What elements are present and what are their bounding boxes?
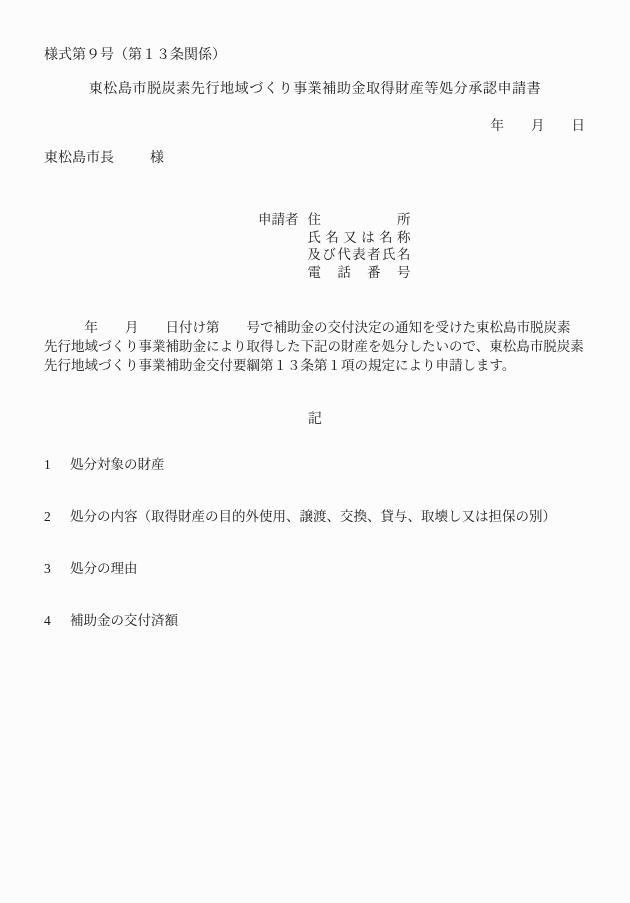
applicant-label: 申請者: [258, 211, 299, 229]
item-4-number: 4: [44, 612, 70, 630]
applicant-field-name: 氏名又は名称: [308, 229, 411, 247]
item-2-label: 処分の内容（取得財産の目的外使用、譲渡、交換、貸与、取壊し又は担保の別）: [70, 508, 556, 526]
ki-section-marker: 記: [0, 411, 630, 429]
body-line-3: 先行地域づくり事業補助金交付要綱第１３条第１項の規定により申請します。: [44, 356, 584, 375]
item-2-number: 2: [44, 508, 70, 526]
body-line-2: 先行地域づくり事業補助金により取得した下記の財産を処分したいので、東松島市脱炭素: [44, 337, 584, 356]
item-1-label: 処分対象の財産: [70, 456, 165, 474]
applicant-block: 申請者 住所 氏名又は名称 及び代表者氏名 電話番号: [258, 211, 411, 281]
addressee-name: 東松島市長: [44, 151, 114, 166]
body-line-1: 年 月 日付け第 号で補助金の交付決定の通知を受けた東松島市脱炭素: [44, 318, 584, 337]
list-item-3: 3 処分の理由: [44, 560, 138, 578]
item-3-number: 3: [44, 560, 70, 578]
applicant-field-representative: 及び代表者氏名: [308, 246, 411, 264]
applicant-fields: 住所 氏名又は名称 及び代表者氏名 電話番号: [308, 211, 411, 281]
list-item-2: 2 処分の内容（取得財産の目的外使用、譲渡、交換、貸与、取壊し又は担保の別）: [44, 508, 556, 526]
list-item-1: 1 処分対象の財産: [44, 456, 165, 474]
addressee-honorific: 様: [150, 150, 164, 167]
body-paragraph: 年 月 日付け第 号で補助金の交付決定の通知を受けた東松島市脱炭素 先行地域づく…: [44, 318, 584, 376]
applicant-field-phone: 電話番号: [308, 264, 411, 282]
document-title: 東松島市脱炭素先行地域づくり事業補助金取得財産等処分承認申請書: [0, 81, 630, 99]
form-number: 様式第９号（第１３条関係）: [44, 47, 226, 64]
date-placeholder: 年 月 日: [491, 117, 586, 134]
item-4-label: 補助金の交付済額: [70, 612, 178, 630]
applicant-field-address: 住所: [308, 211, 411, 229]
list-item-4: 4 補助金の交付済額: [44, 612, 178, 630]
addressee-line: 東松島市長様: [44, 150, 164, 167]
item-3-label: 処分の理由: [70, 560, 138, 578]
document-page: 様式第９号（第１３条関係） 東松島市脱炭素先行地域づくり事業補助金取得財産等処分…: [0, 0, 630, 903]
item-1-number: 1: [44, 456, 70, 474]
